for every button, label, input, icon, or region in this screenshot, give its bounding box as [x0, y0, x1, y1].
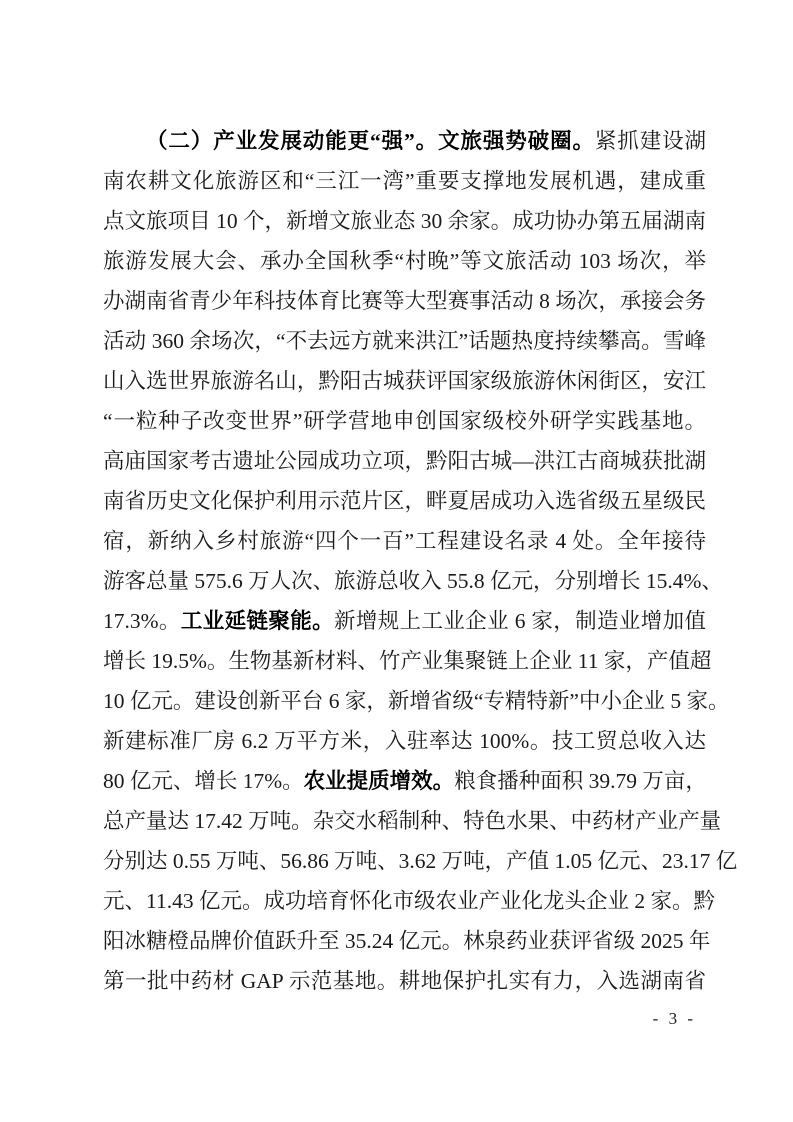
text-line: 南省历史文化保护利用示范片区，畔夏居成功入选省级五星级民: [103, 481, 706, 521]
text-line: 元、11.43 亿元。成功培育怀化市级农业产业化龙头企业 2 家。黔: [103, 881, 706, 921]
text-line: （二）产业发展动能更“强”。文旅强势破圈。紧抓建设湖: [103, 121, 706, 161]
text-line: “一粒种子改变世界”研学营地申创国家级校外研学实践基地。: [103, 401, 706, 441]
text-line: 旅游发展大会、承办全国秋季“村晚”等文旅活动 103 场次，举: [103, 241, 706, 281]
text-segment: 活动 360 余场次，“不去远方就来洪江”话题热度持续攀高。雪峰: [103, 329, 706, 353]
text-line: 总产量达 17.42 万吨。杂交水稻制种、特色水果、中药材产业产量: [103, 801, 706, 841]
text-line: 活动 360 余场次，“不去远方就来洪江”话题热度持续攀高。雪峰: [103, 321, 706, 361]
text-segment: 第一批中药材 GAP 示范基地。耕地保护扎实有力，入选湖南省: [103, 969, 706, 993]
text-line: 高庙国家考古遗址公园成功立项，黔阳古城—洪江古商城获批湖: [103, 441, 706, 481]
text-segment: 阳冰糖橙品牌价值跃升至 35.24 亿元。林泉药业获评省级 2025 年: [103, 929, 710, 953]
text-line: 阳冰糖橙品牌价值跃升至 35.24 亿元。林泉药业获评省级 2025 年: [103, 921, 706, 961]
bold-heading-segment: 农业提质增效。: [304, 769, 455, 793]
text-segment: 粮食播种面积 39.79 万亩，: [454, 769, 707, 793]
text-segment: 山入选世界旅游名山，黔阳古城获评国家级旅游休闲街区，安江: [103, 369, 706, 393]
text-segment: 80 亿元、增长 17%。: [103, 769, 304, 793]
text-line: 南农耕文化旅游区和“三江一湾”重要支撑地发展机遇，建成重: [103, 161, 706, 201]
text-segment: 办湖南省青少年科技体育比赛等大型赛事活动 8 场次，承接会务: [103, 289, 706, 313]
text-line: 宿，新纳入乡村旅游“四个一百”工程建设名录 4 处。全年接待: [103, 521, 706, 561]
text-segment: 17.3%。: [103, 609, 181, 633]
text-segment: 总产量达 17.42 万吨。杂交水稻制种、特色水果、中药材产业产量: [103, 809, 721, 833]
text-line: 第一批中药材 GAP 示范基地。耕地保护扎实有力，入选湖南省: [103, 961, 706, 1001]
text-segment: 新增规上工业企业 6 家，制造业增加值: [334, 609, 706, 633]
text-line: 增长 19.5%。生物基新材料、竹产业集聚链上企业 11 家，产值超: [103, 641, 706, 681]
text-segment: “一粒种子改变世界”研学营地申创国家级校外研学实践基地。: [103, 409, 706, 433]
text-segment: 分别达 0.55 万吨、56.86 万吨、3.62 万吨，产值 1.05 亿元、…: [103, 849, 737, 873]
text-line: 点文旅项目 10 个，新增文旅业态 30 余家。成功协办第五届湖南: [103, 201, 706, 241]
text-segment: 10 亿元。建设创新平台 6 家，新增省级“专精特新”中小企业 5 家。: [103, 689, 729, 713]
bold-heading-segment: （二）产业发展动能更“强”。文旅强势破圈。: [146, 129, 595, 153]
text-line: 分别达 0.55 万吨、56.86 万吨、3.62 万吨，产值 1.05 亿元、…: [103, 841, 706, 881]
text-segment: 宿，新纳入乡村旅游“四个一百”工程建设名录 4 处。全年接待: [103, 529, 706, 553]
text-line: 新建标准厂房 6.2 万平方米，入驻率达 100%。技工贸总收入达: [103, 721, 706, 761]
text-segment: 点文旅项目 10 个，新增文旅业态 30 余家。成功协办第五届湖南: [103, 209, 706, 233]
text-segment: 增长 19.5%。生物基新材料、竹产业集聚链上企业 11 家，产值超: [103, 649, 711, 673]
text-line: 游客总量 575.6 万人次、旅游总收入 55.8 亿元，分别增长 15.4%、: [103, 561, 706, 601]
text-segment: 紧抓建设湖: [595, 129, 706, 153]
text-line: 山入选世界旅游名山，黔阳古城获评国家级旅游休闲街区，安江: [103, 361, 706, 401]
text-segment: 南农耕文化旅游区和“三江一湾”重要支撑地发展机遇，建成重: [103, 169, 706, 193]
text-segment: 南省历史文化保护利用示范片区，畔夏居成功入选省级五星级民: [103, 489, 706, 513]
text-segment: 游客总量 575.6 万人次、旅游总收入 55.8 亿元，分别增长 15.4%、: [103, 569, 723, 593]
page-number: - 3 -: [653, 1008, 696, 1030]
document-page: （二）产业发展动能更“强”。文旅强势破圈。紧抓建设湖南农耕文化旅游区和“三江一湾…: [0, 0, 793, 1122]
text-segment: 高庙国家考古遗址公园成功立项，黔阳古城—洪江古商城获批湖: [103, 449, 706, 473]
text-line: 办湖南省青少年科技体育比赛等大型赛事活动 8 场次，承接会务: [103, 281, 706, 321]
text-block: （二）产业发展动能更“强”。文旅强势破圈。紧抓建设湖南农耕文化旅游区和“三江一湾…: [103, 121, 706, 1001]
text-segment: 元、11.43 亿元。成功培育怀化市级农业产业化龙头企业 2 家。黔: [103, 889, 715, 913]
text-segment: 新建标准厂房 6.2 万平方米，入驻率达 100%。技工贸总收入达: [103, 729, 706, 753]
text-line: 17.3%。工业延链聚能。新增规上工业企业 6 家，制造业增加值: [103, 601, 706, 641]
text-line: 10 亿元。建设创新平台 6 家，新增省级“专精特新”中小企业 5 家。: [103, 681, 706, 721]
text-line: 80 亿元、增长 17%。农业提质增效。粮食播种面积 39.79 万亩，: [103, 761, 706, 801]
text-segment: 旅游发展大会、承办全国秋季“村晚”等文旅活动 103 场次，举: [103, 249, 706, 273]
bold-heading-segment: 工业延链聚能。: [181, 609, 334, 633]
